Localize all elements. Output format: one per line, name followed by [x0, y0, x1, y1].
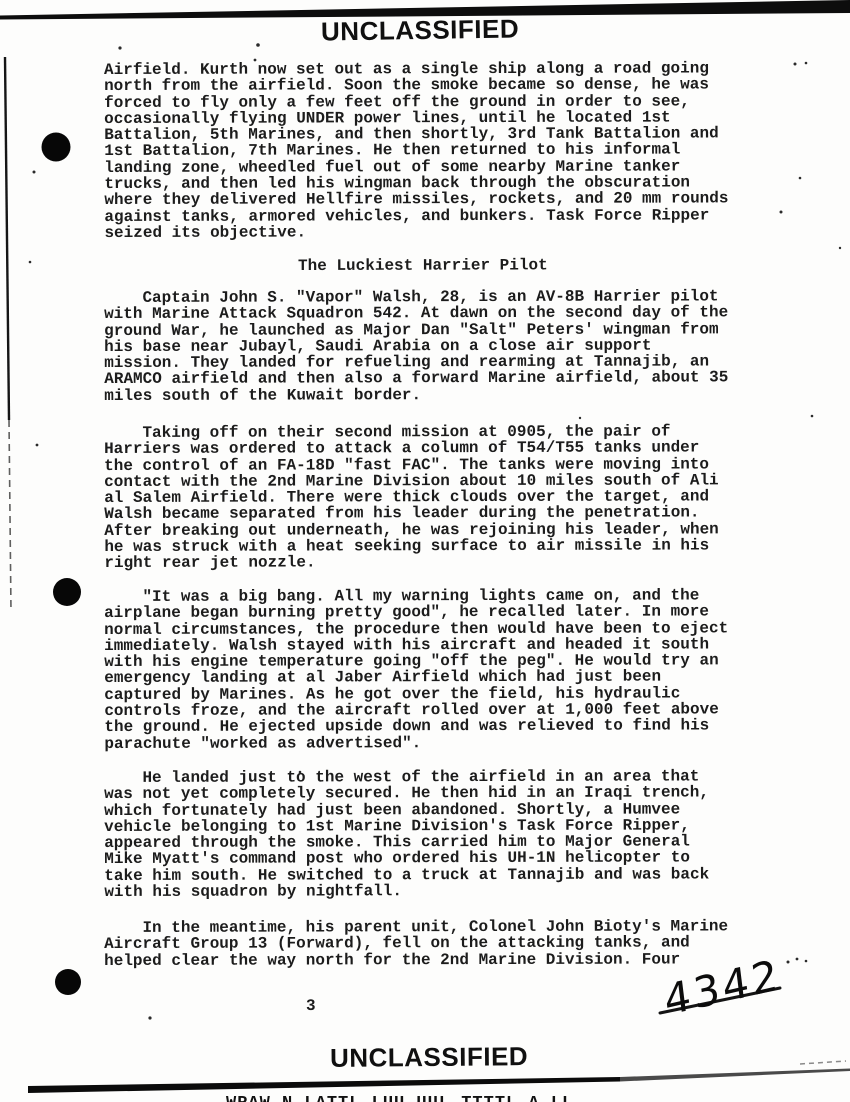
header-classification-banner: UNCLASSIFIED [321, 13, 520, 47]
footer-classification-banner: UNCLASSIFIED [330, 1041, 528, 1074]
section-heading: The Luckiest Harrier Pilot [298, 257, 548, 274]
body-paragraph: "It was a big bang. All my warning light… [104, 587, 729, 752]
hole-punch-mark [53, 578, 81, 606]
left-border-line-faded [9, 420, 11, 612]
bottom-scan-band [28, 1077, 620, 1093]
body-paragraph: Captain John S. "Vapor" Walsh, 28, is an… [104, 288, 728, 404]
hole-punch-mark [42, 133, 71, 162]
hole-punch-mark [55, 969, 81, 995]
bottom-scan-band-faded [620, 1069, 850, 1082]
page-number: 3 [306, 998, 316, 1014]
cutoff-text-artifact: WPAW N LATTL LUU UUL TTTTL A LL [226, 1094, 656, 1102]
scanned-document-page: UNCLASSIFIED Airfield. Kurth now set out… [0, 0, 850, 1102]
body-paragraph: He landed just to the west of the airfie… [104, 768, 709, 900]
left-border-line [5, 57, 9, 420]
body-paragraph: Taking off on their second mission at 09… [104, 423, 719, 571]
footer-faint-dashes [800, 1061, 846, 1064]
body-paragraph: In the meantime, his parent unit, Colone… [104, 918, 728, 969]
body-paragraph: Airfield. Kurth now set out as a single … [104, 60, 729, 241]
